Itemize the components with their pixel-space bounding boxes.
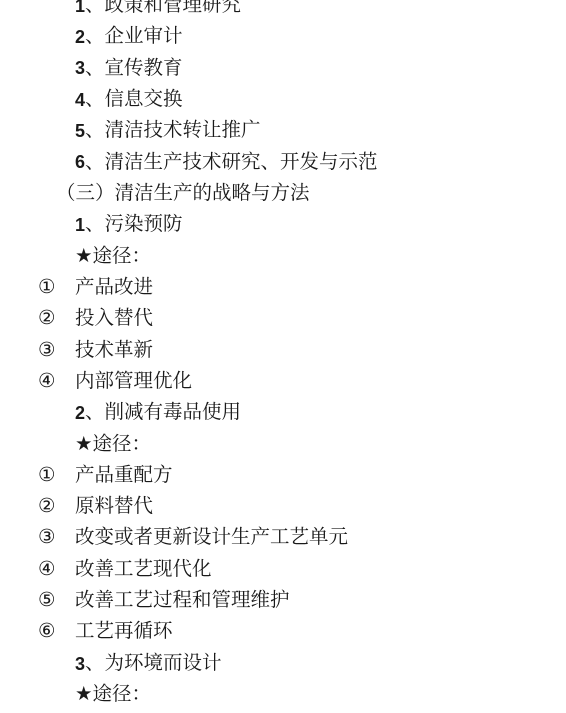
list-separator: 、 <box>85 59 105 79</box>
document-line: ④改善工艺现代化 <box>0 554 566 585</box>
list-number: 2 <box>75 28 85 46</box>
line-text: 清洁生产技术研究、开发与示范 <box>105 153 378 173</box>
list-separator: 、 <box>85 27 105 47</box>
section-marker: （三） <box>56 184 115 204</box>
document-page: 1、政策和管理研究2、企业审计3、宣传教育4、信息交换5、清洁技术转让推广6、清… <box>0 0 566 713</box>
line-text: 产品重配方 <box>75 466 173 486</box>
line-text: 清洁生产的战略与方法 <box>115 184 310 204</box>
document-line: 1、污染预防 <box>0 209 566 240</box>
document-line: ②投入替代 <box>0 303 566 334</box>
list-separator: 、 <box>85 121 105 141</box>
list-number: 6 <box>75 153 85 171</box>
line-text: 清洁技术转让推广 <box>105 121 261 141</box>
line-text: 产品改进 <box>75 278 153 298</box>
document-line: 5、清洁技术转让推广 <box>0 115 566 146</box>
document-line: ★途径： <box>0 679 566 710</box>
line-text: 政策和管理研究 <box>105 0 242 15</box>
line-text: 内部管理优化 <box>75 372 192 392</box>
circled-number: ④ <box>38 372 75 392</box>
document-line: ⑥工艺再循环 <box>0 617 566 648</box>
document-line: ①产品重配方 <box>0 460 566 491</box>
document-line: ④内部管理优化 <box>0 366 566 397</box>
circled-number: ① <box>38 278 75 298</box>
line-text: 为环境而设计 <box>105 654 222 674</box>
circled-number: ② <box>38 497 75 517</box>
list-separator: 、 <box>85 0 105 15</box>
circled-number: ⑥ <box>38 622 75 642</box>
line-text: 改善工艺现代化 <box>75 560 212 580</box>
document-line: 3、为环境而设计 <box>0 648 566 679</box>
list-number: 3 <box>75 655 85 673</box>
document-line: ③改变或者更新设计生产工艺单元 <box>0 523 566 554</box>
list-separator: 、 <box>85 153 105 173</box>
circled-number: ④ <box>38 560 75 580</box>
document-line: 6、清洁生产技术研究、开发与示范 <box>0 147 566 178</box>
document-line: 4、信息交换 <box>0 84 566 115</box>
line-text: 原料替代 <box>75 497 153 517</box>
document-line: （三）清洁生产的战略与方法 <box>0 178 566 209</box>
list-number: 5 <box>75 122 85 140</box>
star-icon: ★ <box>75 685 92 705</box>
document-line: 2、企业审计 <box>0 21 566 52</box>
line-text: 污染预防 <box>105 215 183 235</box>
line-text: 技术革新 <box>75 341 153 361</box>
list-separator: 、 <box>85 654 105 674</box>
document-line: ⑤改善工艺过程和管理维护 <box>0 585 566 616</box>
line-text: 信息交换 <box>105 90 183 110</box>
circled-number: ① <box>38 466 75 486</box>
line-text: 途径： <box>92 685 151 705</box>
list-number: 2 <box>75 404 85 422</box>
star-icon: ★ <box>75 435 92 455</box>
line-text: 宣传教育 <box>105 59 183 79</box>
document-line: ★途径： <box>0 241 566 272</box>
list-number: 1 <box>75 216 85 234</box>
line-text: 企业审计 <box>105 27 183 47</box>
list-number: 4 <box>75 91 85 109</box>
star-icon: ★ <box>75 247 92 267</box>
list-separator: 、 <box>85 90 105 110</box>
document-line: 1、政策和管理研究 <box>0 0 566 21</box>
list-separator: 、 <box>85 403 105 423</box>
line-text: 削减有毒品使用 <box>105 403 242 423</box>
document-line: ①产品改进 <box>0 272 566 303</box>
line-text: 改变或者更新设计生产工艺单元 <box>75 528 348 548</box>
list-number: 1 <box>75 0 85 15</box>
circled-number: ③ <box>38 528 75 548</box>
line-text: 途径： <box>92 435 151 455</box>
document-line: ★途径： <box>0 429 566 460</box>
line-text: 改善工艺过程和管理维护 <box>75 591 290 611</box>
document-line: 3、宣传教育 <box>0 53 566 84</box>
line-text: 工艺再循环 <box>75 622 173 642</box>
circled-number: ⑤ <box>38 591 75 611</box>
document-line: ③技术革新 <box>0 335 566 366</box>
line-text: 投入替代 <box>75 309 153 329</box>
circled-number: ③ <box>38 341 75 361</box>
document-line: ②原料替代 <box>0 491 566 522</box>
line-text: 途径： <box>92 247 151 267</box>
document-body: 1、政策和管理研究2、企业审计3、宣传教育4、信息交换5、清洁技术转让推广6、清… <box>0 0 566 711</box>
list-separator: 、 <box>85 215 105 235</box>
document-line: 2、削减有毒品使用 <box>0 397 566 428</box>
list-number: 3 <box>75 59 85 77</box>
circled-number: ② <box>38 309 75 329</box>
